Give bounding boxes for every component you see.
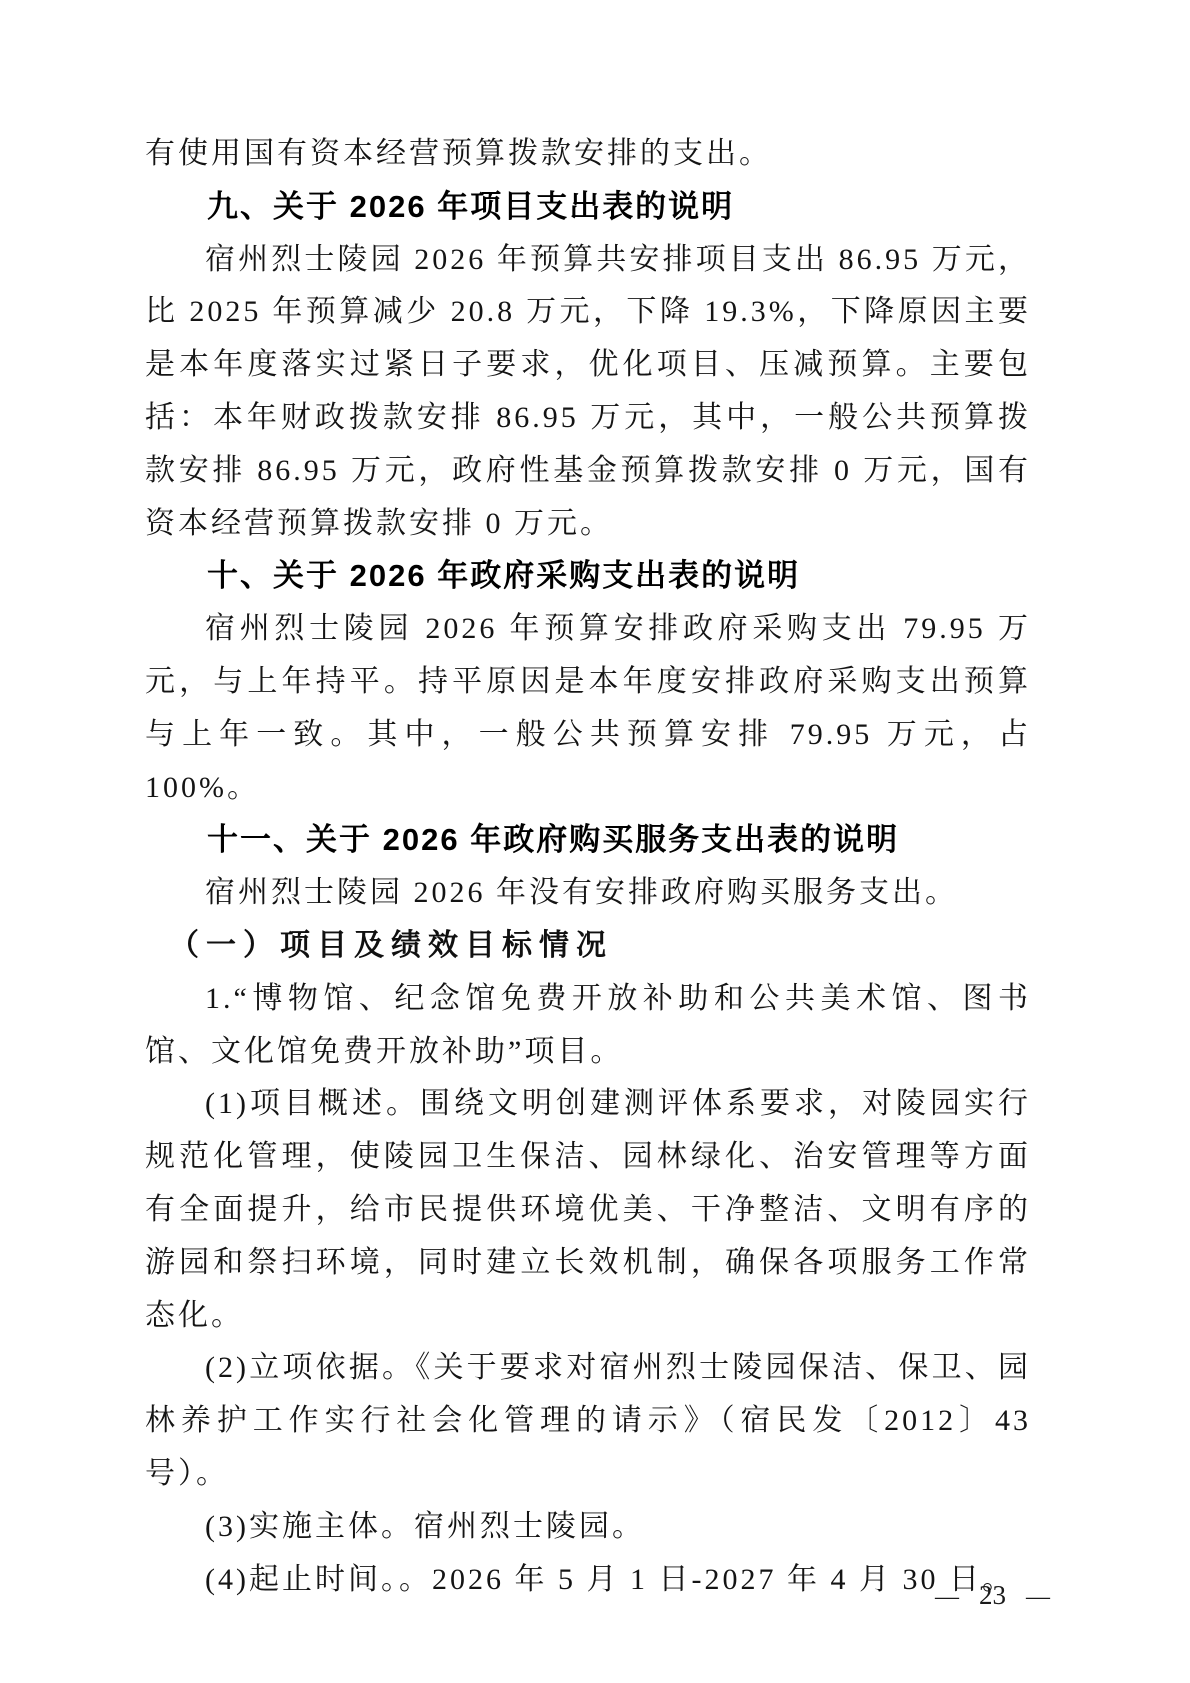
subheading-project-performance: （一）项目及绩效目标情况 <box>145 920 1031 973</box>
page-footer: — 23 — <box>935 1580 1050 1611</box>
paragraph-project-basis: (2)立项依据。《关于要求对宿州烈士陵园保洁、保卫、园林养护工作实行社会化管理的… <box>145 1342 1031 1500</box>
paragraph-section-11: 宿州烈士陵园 2026 年没有安排政府购买服务支出。 <box>145 867 1031 920</box>
section-heading-9: 九、关于 2026 年项目支出表的说明 <box>145 181 1031 234</box>
paragraph-project-entity: (3)实施主体。宿州烈士陵园。 <box>145 1501 1031 1554</box>
paragraph-continuation: 有使用国有资本经营预算拨款安排的支出。 <box>145 128 1031 181</box>
page-number: 23 <box>979 1580 1006 1611</box>
paragraph-section-10: 宿州烈士陵园 2026 年预算安排政府采购支出 79.95 万元，与上年持平。持… <box>145 603 1031 814</box>
section-heading-10: 十、关于 2026 年政府采购支出表的说明 <box>145 550 1031 603</box>
paragraph-section-9: 宿州烈士陵园 2026 年预算共安排项目支出 86.95 万元，比 2025 年… <box>145 234 1031 551</box>
document-body: 有使用国有资本经营预算拨款安排的支出。 九、关于 2026 年项目支出表的说明 … <box>145 128 1031 1606</box>
paragraph-project-overview: (1)项目概述。围绕文明创建测评体系要求，对陵园实行规范化管理，使陵园卫生保洁、… <box>145 1078 1031 1342</box>
section-heading-11: 十一、关于 2026 年政府购买服务支出表的说明 <box>145 814 1031 867</box>
footer-dash-left: — <box>935 1584 959 1611</box>
paragraph-project-title: 1.“博物馆、纪念馆免费开放补助和公共美术馆、图书馆、文化馆免费开放补助”项目。 <box>145 973 1031 1079</box>
document-page: 有使用国有资本经营预算拨款安排的支出。 九、关于 2026 年项目支出表的说明 … <box>0 0 1190 1683</box>
footer-dash-right: — <box>1026 1584 1050 1611</box>
paragraph-project-duration: (4)起止时间。。2026 年 5 月 1 日-2027 年 4 月 30 日。 <box>145 1554 1031 1607</box>
